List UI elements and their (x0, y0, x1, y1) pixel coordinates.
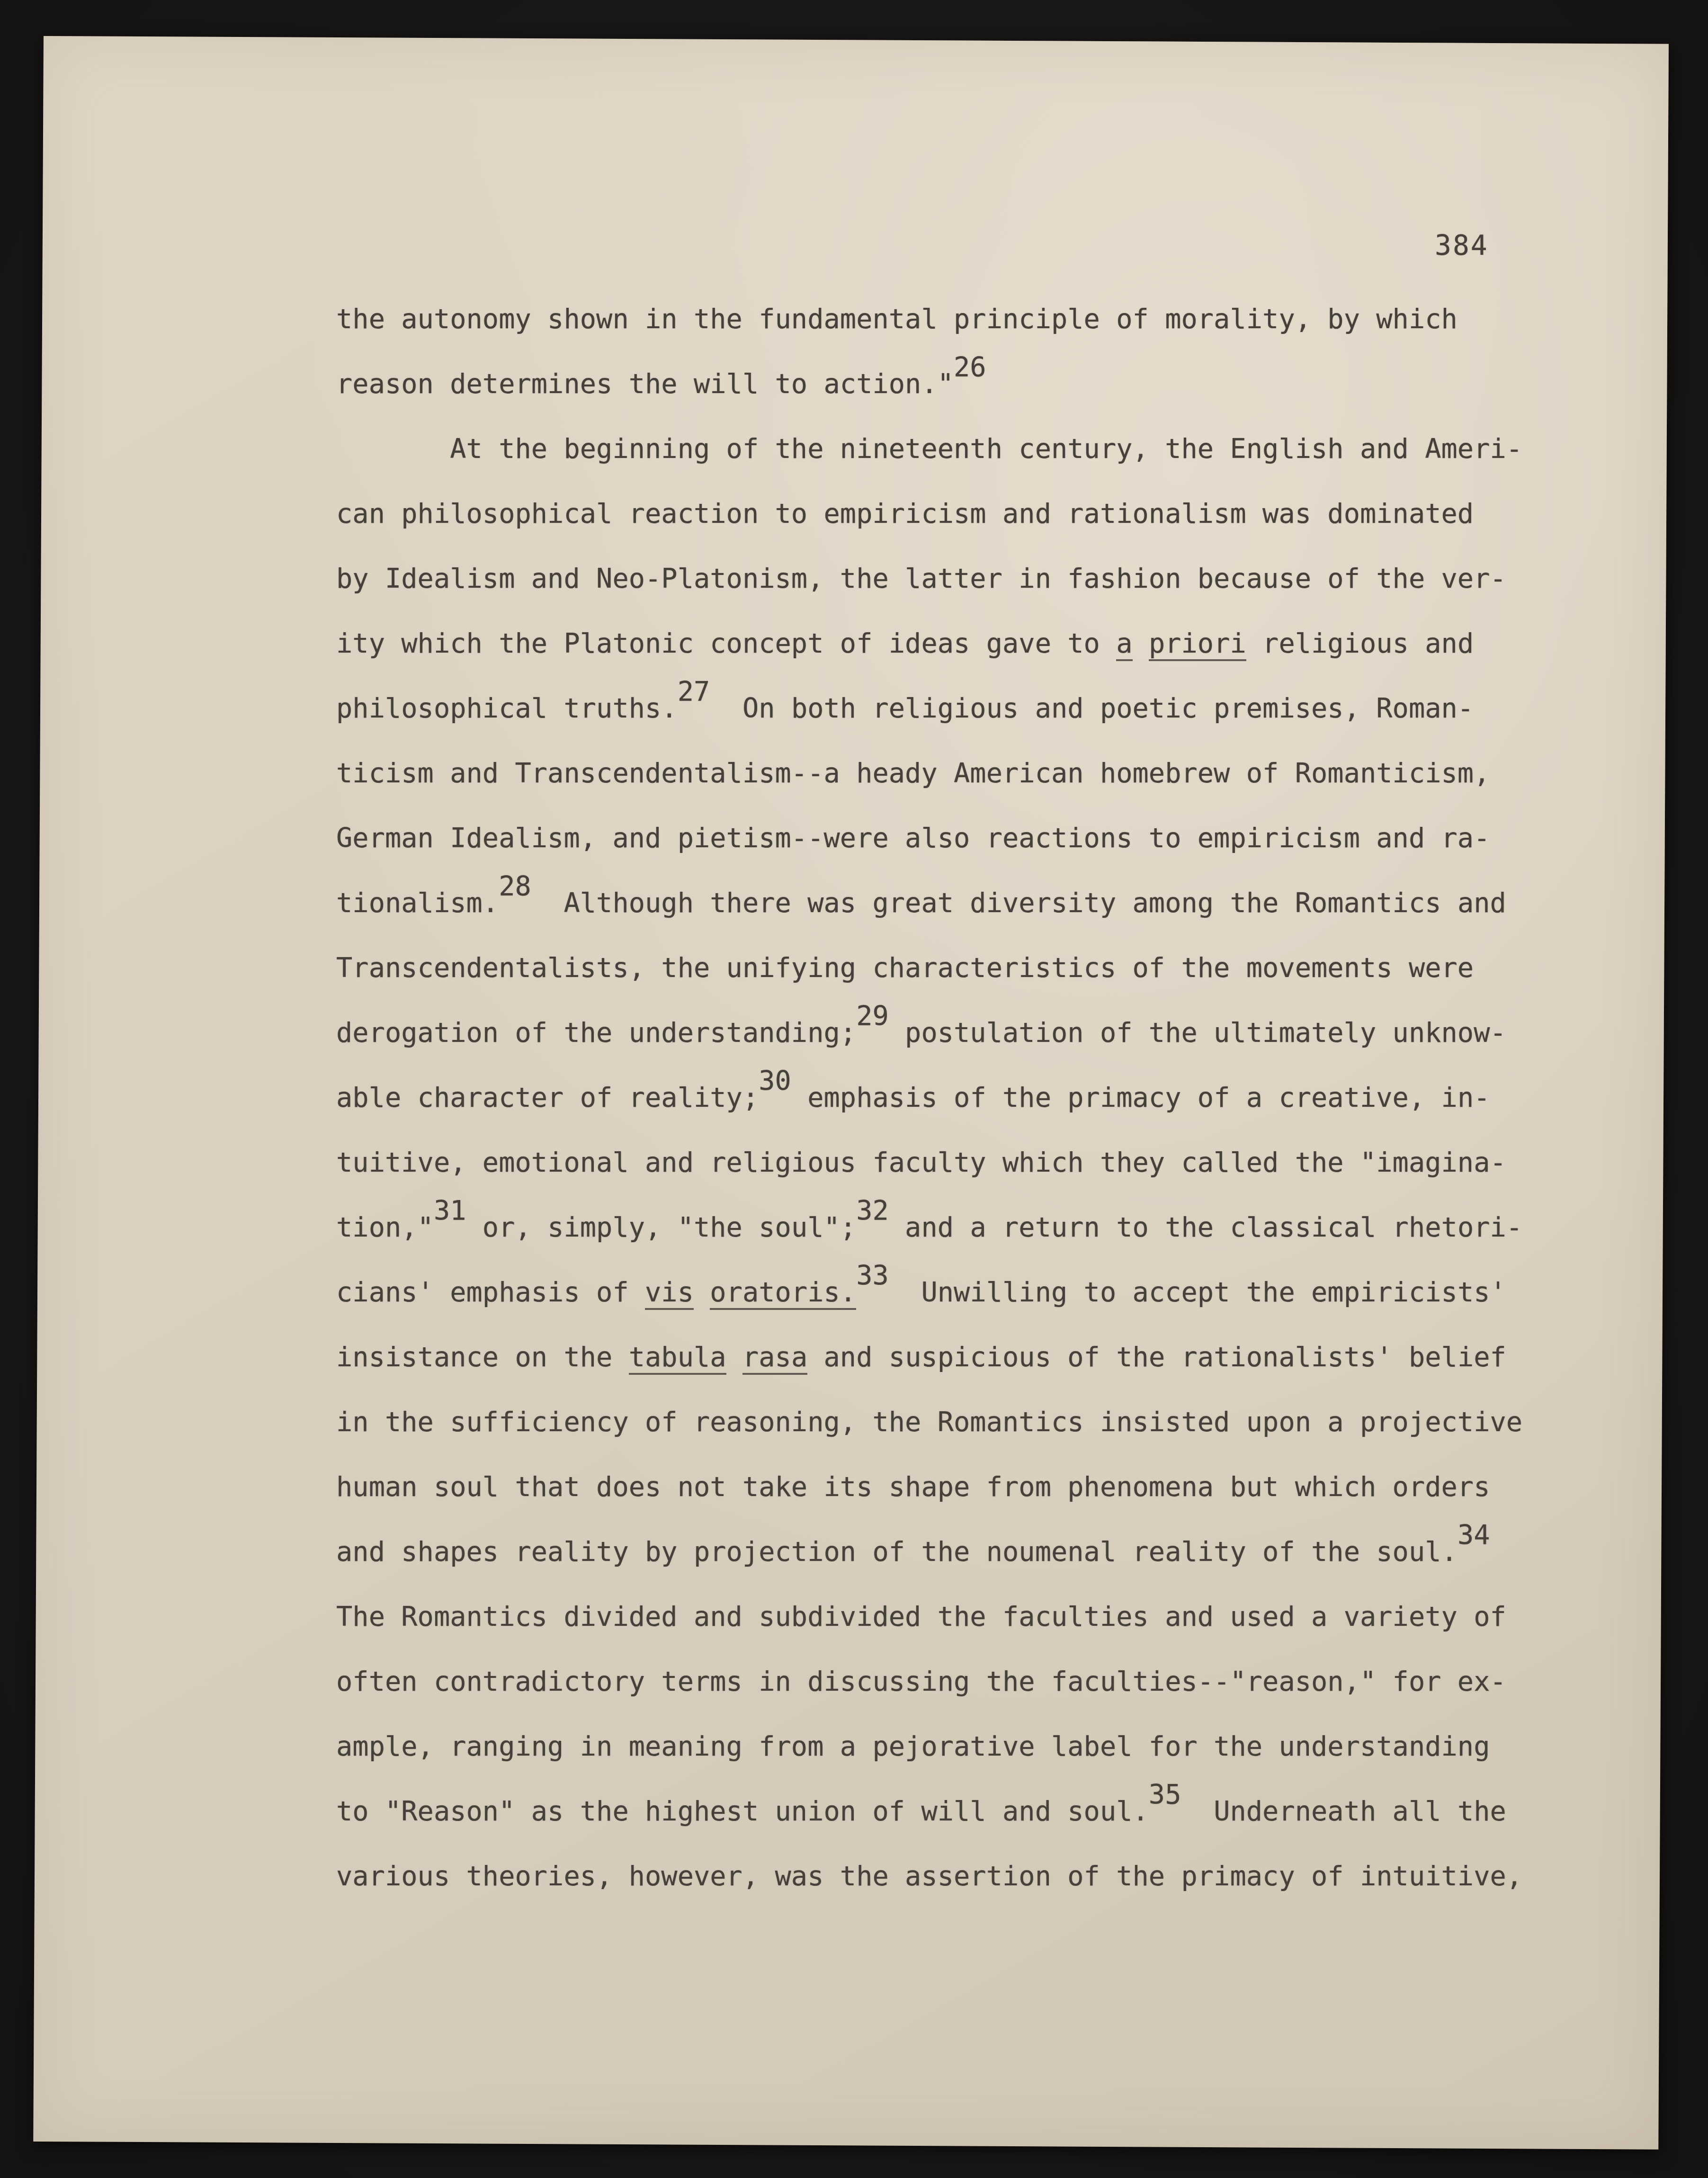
text-line: tion,"31 or, simply, "the soul";32 and a… (336, 1195, 1522, 1260)
text-segment: emphasis of the primacy of a creative, i… (791, 1082, 1490, 1113)
text-line: tionalism.28 Although there was great di… (336, 871, 1522, 936)
text-line: to "Reason" as the highest union of will… (336, 1779, 1522, 1844)
text-segment: the autonomy shown in the fundamental pr… (336, 304, 1458, 335)
footnote-marker: 35 (1149, 1779, 1181, 1811)
text-line: Transcendentalists, the unifying charact… (336, 936, 1522, 1001)
text-line: human soul that does not take its shape … (336, 1455, 1522, 1520)
text-segment: cians' emphasis of (336, 1277, 645, 1308)
text-segment: and suspicious of the rationalists' beli… (807, 1342, 1506, 1373)
text-line: can philosophical reaction to empiricism… (336, 482, 1522, 547)
footnote-marker: 29 (856, 1001, 889, 1032)
footnote-marker: 31 (434, 1195, 466, 1227)
text-segment: ity which the Platonic concept of ideas … (336, 628, 1116, 659)
footnote-marker: 26 (954, 352, 986, 383)
text-segment: various theories, however, was the asser… (336, 1861, 1522, 1892)
footnote-marker: 32 (856, 1195, 889, 1227)
text-segment: often contradictory terms in discussing … (336, 1666, 1506, 1697)
text-segment (1133, 628, 1149, 659)
text-line: German Idealism, and pietism--were also … (336, 806, 1522, 871)
footnote-marker: 34 (1458, 1520, 1490, 1551)
underlined-phrase: rasa (742, 1342, 807, 1375)
typed-text-block: the autonomy shown in the fundamental pr… (336, 287, 1522, 1909)
text-segment (694, 1277, 710, 1308)
underlined-phrase: tabula (629, 1342, 726, 1375)
text-line: the autonomy shown in the fundamental pr… (336, 287, 1522, 352)
text-line: often contradictory terms in discussing … (336, 1649, 1522, 1714)
text-segment: to "Reason" as the highest union of will… (336, 1796, 1149, 1827)
text-line: cians' emphasis of vis oratoris.33 Unwil… (336, 1260, 1522, 1325)
text-segment: German Idealism, and pietism--were also … (336, 823, 1490, 854)
text-segment (726, 1342, 742, 1373)
text-segment: can philosophical reaction to empiricism… (336, 498, 1474, 529)
underlined-phrase: vis (645, 1277, 694, 1310)
text-line: ity which the Platonic concept of ideas … (336, 611, 1522, 676)
footnote-marker: 27 (678, 676, 710, 708)
text-segment: in the sufficiency of reasoning, the Rom… (336, 1407, 1522, 1438)
scan-photo: { "page": { "number": "384", "background… (0, 0, 1708, 2178)
text-line: ample, ranging in meaning from a pejorat… (336, 1714, 1522, 1779)
text-segment: tionalism. (336, 887, 499, 919)
footnote-marker: 30 (759, 1066, 791, 1097)
text-line: ticism and Transcendentalism--a heady Am… (336, 741, 1522, 806)
text-segment: able character of reality; (336, 1082, 759, 1113)
text-segment: ample, ranging in meaning from a pejorat… (336, 1731, 1490, 1762)
text-segment: and shapes reality by projection of the … (336, 1536, 1458, 1568)
text-segment: human soul that does not take its shape … (336, 1471, 1490, 1503)
page-content: 384 the autonomy shown in the fundamenta… (44, 36, 1669, 2142)
text-segment: The Romantics divided and subdivided the… (336, 1601, 1506, 1632)
text-line: At the beginning of the nineteenth centu… (336, 417, 1522, 482)
text-segment: postulation of the ultimately unknow- (889, 1017, 1506, 1049)
text-segment: derogation of the understanding; (336, 1017, 856, 1049)
footnote-marker: 28 (499, 871, 531, 902)
text-segment: and a return to the classical rhetori- (889, 1212, 1522, 1243)
text-segment: tuitive, emotional and religious faculty… (336, 1147, 1506, 1178)
text-segment: At the beginning of the nineteenth centu… (336, 433, 1522, 465)
text-segment: Transcendentalists, the unifying charact… (336, 952, 1474, 984)
text-segment: by Idealism and Neo-Platonism, the latte… (336, 563, 1506, 594)
text-line: philosophical truths.27 On both religiou… (336, 676, 1522, 741)
text-segment: ticism and Transcendentalism--a heady Am… (336, 758, 1490, 789)
text-line: and shapes reality by projection of the … (336, 1520, 1522, 1585)
text-line: derogation of the understanding;29 postu… (336, 1001, 1522, 1066)
text-line: tuitive, emotional and religious faculty… (336, 1130, 1522, 1195)
underlined-phrase: priori (1149, 628, 1246, 661)
text-segment: tion," (336, 1212, 434, 1243)
text-segment: or, simply, "the soul"; (466, 1212, 857, 1243)
text-line: various theories, however, was the asser… (336, 1844, 1522, 1909)
text-segment: Unwilling to accept the empiricists' (889, 1277, 1506, 1308)
text-line: The Romantics divided and subdivided the… (336, 1585, 1522, 1649)
footnote-marker: 33 (856, 1260, 889, 1291)
text-segment: reason determines the will to action." (336, 368, 954, 400)
document-page: 384 the autonomy shown in the fundamenta… (33, 36, 1669, 2150)
text-segment: philosophical truths. (336, 693, 678, 724)
text-line: in the sufficiency of reasoning, the Rom… (336, 1390, 1522, 1455)
text-segment: religious and (1246, 628, 1474, 659)
text-segment: insistance on the (336, 1342, 629, 1373)
text-segment: Underneath all the (1181, 1796, 1506, 1827)
text-line: by Idealism and Neo-Platonism, the latte… (336, 547, 1522, 611)
text-line: able character of reality;30 emphasis of… (336, 1066, 1522, 1130)
underlined-phrase: oratoris. (710, 1277, 856, 1310)
text-line: reason determines the will to action."26 (336, 352, 1522, 417)
text-line: insistance on the tabula rasa and suspic… (336, 1325, 1522, 1390)
underlined-phrase: a (1116, 628, 1132, 661)
page-number: 384 (1435, 229, 1489, 261)
text-segment: On both religious and poetic premises, R… (710, 693, 1474, 724)
text-segment: Although there was great diversity among… (531, 887, 1506, 919)
